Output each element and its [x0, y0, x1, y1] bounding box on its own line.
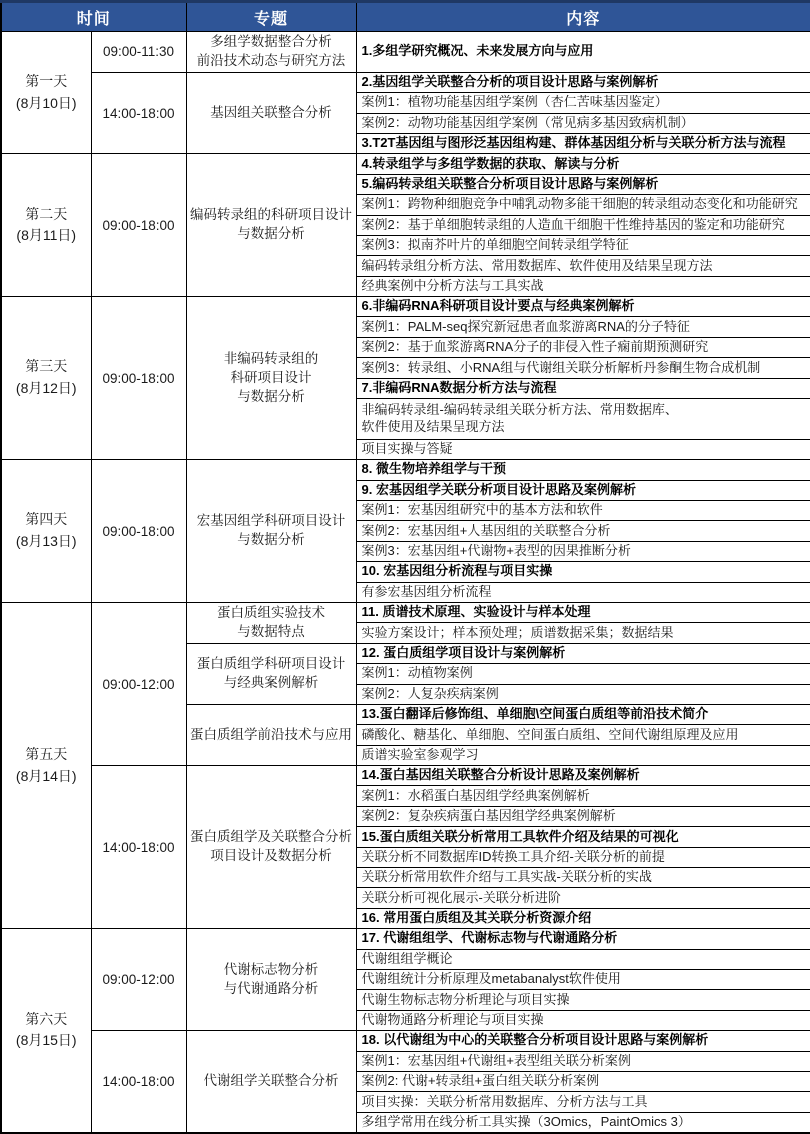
topic-title: 非编码转录组的 科研项目设计 与数据分析	[186, 297, 356, 460]
table-row: 14:00-18:00 基因组关联整合分析 2.基因组学关联整合分析的项目设计思…	[1, 72, 810, 92]
day-label: 第六天 (8月15日)	[1, 929, 91, 1133]
agenda-item: 质谱实验室参观学习	[356, 745, 810, 765]
session-time: 14:00-18:00	[91, 1031, 186, 1133]
schedule-page: 时间 专题 内容 第一天 (8月10日) 09:00-11:30 多组学数据整合…	[0, 0, 810, 1134]
session-time: 09:00-18:00	[91, 460, 186, 603]
agenda-item: 3.T2T基因组与图形泛基因组构建、群体基因组分析与关联分析方法与流程	[356, 133, 810, 153]
table-header-row: 时间 专题 内容	[1, 2, 810, 32]
agenda-item: 编码转录组分析方法、常用数据库、软件使用及结果呈现方法	[356, 256, 810, 276]
agenda-item: 非编码转录组-编码转录组关联分析方法、常用数据库、 软件使用及结果呈现方法	[356, 399, 810, 440]
agenda-item: 13.蛋白翻译后修饰组、单细胞\空间蛋白质组等前沿技术简介	[356, 704, 810, 724]
agenda-item: 多组学常用在线分析工具实操（3Omics，PaintOmics 3）	[356, 1112, 810, 1132]
table-row: 第六天 (8月15日) 09:00-12:00 代谢标志物分析 与代谢通路分析 …	[1, 929, 810, 949]
agenda-item: 代谢组组学概论	[356, 949, 810, 969]
session-time: 09:00-18:00	[91, 297, 186, 460]
agenda-item: 关联分析可视化展示-关联分析进阶	[356, 888, 810, 908]
agenda-item: 案例2：宏基因组+人基因组的关联整合分析	[356, 521, 810, 541]
topic-title: 基因组关联整合分析	[186, 72, 356, 154]
day-label: 第四天 (8月13日)	[1, 460, 91, 603]
table-row: 14:00-18:00 蛋白质组学及关联整合分析 项目设计及数据分析 14.蛋白…	[1, 766, 810, 786]
agenda-item: 9. 宏基因组学关联分析项目设计思路及案例解析	[356, 480, 810, 500]
agenda-item: 5.编码转录组关联整合分析项目设计思路与案例解析	[356, 174, 810, 194]
agenda-item: 12. 蛋白质组学项目设计与案例解析	[356, 643, 810, 663]
header-content: 内容	[356, 2, 810, 32]
course-schedule-table: 时间 专题 内容 第一天 (8月10日) 09:00-11:30 多组学数据整合…	[0, 0, 810, 1134]
table-row: 14:00-18:00 代谢组学关联整合分析 18. 以代谢组为中心的关联整合分…	[1, 1031, 810, 1051]
session-time: 09:00-11:30	[91, 32, 186, 73]
agenda-item: 磷酸化、糖基化、单细胞、空间蛋白质组、空间代谢组原理及应用	[356, 725, 810, 745]
agenda-item: 1.多组学研究概况、未来发展方向与应用	[356, 32, 810, 73]
session-time: 09:00-12:00	[91, 929, 186, 1031]
agenda-item: 案例2：基于血浆游离RNA分子的非侵入性子痫前期预测研究	[356, 337, 810, 357]
table-row: 第三天 (8月12日) 09:00-18:00 非编码转录组的 科研项目设计 与…	[1, 297, 810, 317]
topic-title: 蛋白质组学科研项目设计 与经典案例解析	[186, 643, 356, 704]
agenda-item: 案例2：基于单细胞转录组的人造血干细胞干性维持基因的鉴定和功能研究	[356, 215, 810, 235]
agenda-item: 项目实操：关联分析常用数据库、分析方法与工具	[356, 1092, 810, 1112]
agenda-item: 18. 以代谢组为中心的关联整合分析项目设计思路与案例解析	[356, 1031, 810, 1051]
agenda-item: 10. 宏基因组分析流程与项目实操	[356, 562, 810, 582]
agenda-item: 2.基因组学关联整合分析的项目设计思路与案例解析	[356, 72, 810, 92]
agenda-item: 16. 常用蛋白质组及其关联分析资源介绍	[356, 908, 810, 928]
topic-title: 蛋白质组实验技术 与数据特点	[186, 602, 356, 643]
agenda-item: 关联分析不同数据库ID转换工具介绍-关联分析的前提	[356, 847, 810, 867]
agenda-item: 案例2：动物功能基因组学案例（常见病多基因致病机制）	[356, 113, 810, 133]
agenda-item: 6.非编码RNA科研项目设计要点与经典案例解析	[356, 297, 810, 317]
agenda-item: 实验方案设计；样本预处理；质谱数据采集；数据结果	[356, 623, 810, 643]
agenda-item: 案例2：人复杂疾病案例	[356, 684, 810, 704]
agenda-item: 代谢生物标志物分析理论与项目实操	[356, 990, 810, 1010]
agenda-item: 案例1：动植物案例	[356, 664, 810, 684]
session-time: 14:00-18:00	[91, 766, 186, 929]
agenda-item: 案例1：水稻蛋白基因组学经典案例解析	[356, 786, 810, 806]
agenda-item: 案例3：宏基因组+代谢物+表型的因果推断分析	[356, 541, 810, 561]
agenda-item: 7.非编码RNA数据分析方法与流程	[356, 378, 810, 398]
agenda-item: 经典案例中分析方法与工具实战	[356, 276, 810, 296]
agenda-item: 11. 质谱技术原理、实验设计与样本处理	[356, 602, 810, 622]
topic-title: 代谢组学关联整合分析	[186, 1031, 356, 1133]
table-row: 第一天 (8月10日) 09:00-11:30 多组学数据整合分析 前沿技术动态…	[1, 32, 810, 73]
agenda-item: 案例2：复杂疾病蛋白基因组学经典案例解析	[356, 806, 810, 826]
topic-title: 代谢标志物分析 与代谢通路分析	[186, 929, 356, 1031]
agenda-item: 有参宏基因组分析流程	[356, 582, 810, 602]
agenda-item: 案例1：宏基因组研究中的基本方法和软件	[356, 501, 810, 521]
day-label: 第三天 (8月12日)	[1, 297, 91, 460]
agenda-item: 案例1：PALM-seq探究新冠患者血浆游离RNA的分子特征	[356, 317, 810, 337]
topic-title: 编码转录组的科研项目设计 与数据分析	[186, 154, 356, 297]
table-row: 第二天 (8月11日) 09:00-18:00 编码转录组的科研项目设计 与数据…	[1, 154, 810, 174]
agenda-item: 案例3：转录组、小RNA组与代谢组关联分析解析丹参酮生物合成机制	[356, 358, 810, 378]
table-row: 第五天 (8月14日) 09:00-12:00 蛋白质组实验技术 与数据特点 1…	[1, 602, 810, 622]
agenda-item: 4.转录组学与多组学数据的获取、解读与分析	[356, 154, 810, 174]
header-time: 时间	[1, 2, 186, 32]
agenda-item: 14.蛋白基因组关联整合分析设计思路及案例解析	[356, 766, 810, 786]
session-time: 09:00-12:00	[91, 602, 186, 765]
header-topic: 专题	[186, 2, 356, 32]
agenda-item: 案例2: 代谢+转录组+蛋白组关联分析案例	[356, 1071, 810, 1091]
agenda-item: 代谢物通路分析理论与项目实操	[356, 1010, 810, 1030]
topic-title: 多组学数据整合分析 前沿技术动态与研究方法	[186, 32, 356, 73]
agenda-item: 案例1：跨物种细胞竞争中哺乳动物多能干细胞的转录组动态变化和功能研究	[356, 195, 810, 215]
agenda-item: 案例1：植物功能基因组学案例（杏仁苦味基因鉴定）	[356, 93, 810, 113]
topic-title: 蛋白质组学及关联整合分析 项目设计及数据分析	[186, 766, 356, 929]
day-label: 第五天 (8月14日)	[1, 602, 91, 928]
session-time: 14:00-18:00	[91, 72, 186, 154]
topic-title: 宏基因组学科研项目设计 与数据分析	[186, 460, 356, 603]
session-time: 09:00-18:00	[91, 154, 186, 297]
day-label: 第一天 (8月10日)	[1, 32, 91, 154]
agenda-item: 8. 微生物培养组学与干预	[356, 460, 810, 480]
agenda-item: 案例1：宏基因组+代谢组+表型组关联分析案例	[356, 1051, 810, 1071]
agenda-item: 关联分析常用软件介绍与工具实战-关联分析的实战	[356, 868, 810, 888]
agenda-item: 项目实操与答疑	[356, 439, 810, 459]
agenda-item: 17. 代谢组组学、代谢标志物与代谢通路分析	[356, 929, 810, 949]
agenda-item: 15.蛋白质组关联分析常用工具软件介绍及结果的可视化	[356, 827, 810, 847]
day-label: 第二天 (8月11日)	[1, 154, 91, 297]
agenda-item: 代谢组统计分析原理及metabanalyst软件使用	[356, 969, 810, 989]
topic-title: 蛋白质组学前沿技术与应用	[186, 704, 356, 765]
table-row: 第四天 (8月13日) 09:00-18:00 宏基因组学科研项目设计 与数据分…	[1, 460, 810, 480]
agenda-item: 案例3：拟南芥叶片的单细胞空间转录组学特征	[356, 235, 810, 255]
